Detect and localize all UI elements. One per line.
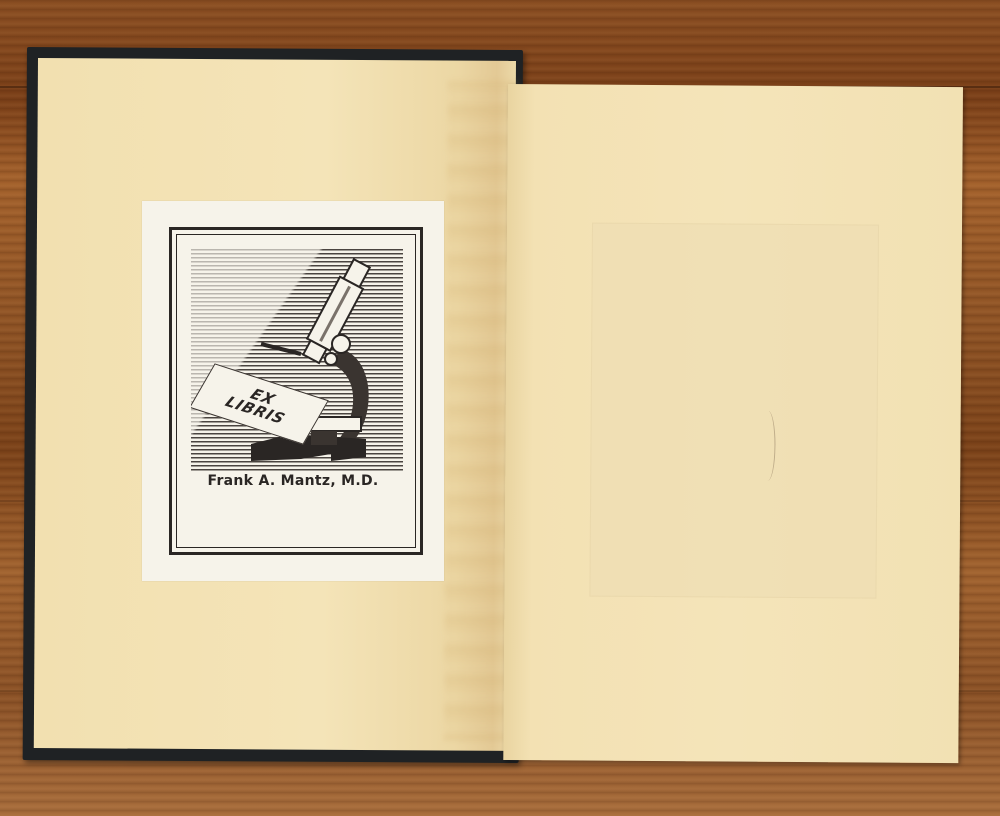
owner-name: Frank A. Mantz, M.D. — [142, 473, 444, 489]
bookplate-frame: EX LIBRIS — [169, 227, 423, 555]
bookplate: EX LIBRIS Frank A. Mantz, M.D. — [142, 201, 444, 581]
bookplate-inner-frame: EX LIBRIS — [176, 234, 416, 548]
front-free-endpaper — [503, 84, 963, 763]
offset-tanning-mark — [589, 223, 879, 599]
microscope-icon: EX LIBRIS — [191, 249, 403, 471]
